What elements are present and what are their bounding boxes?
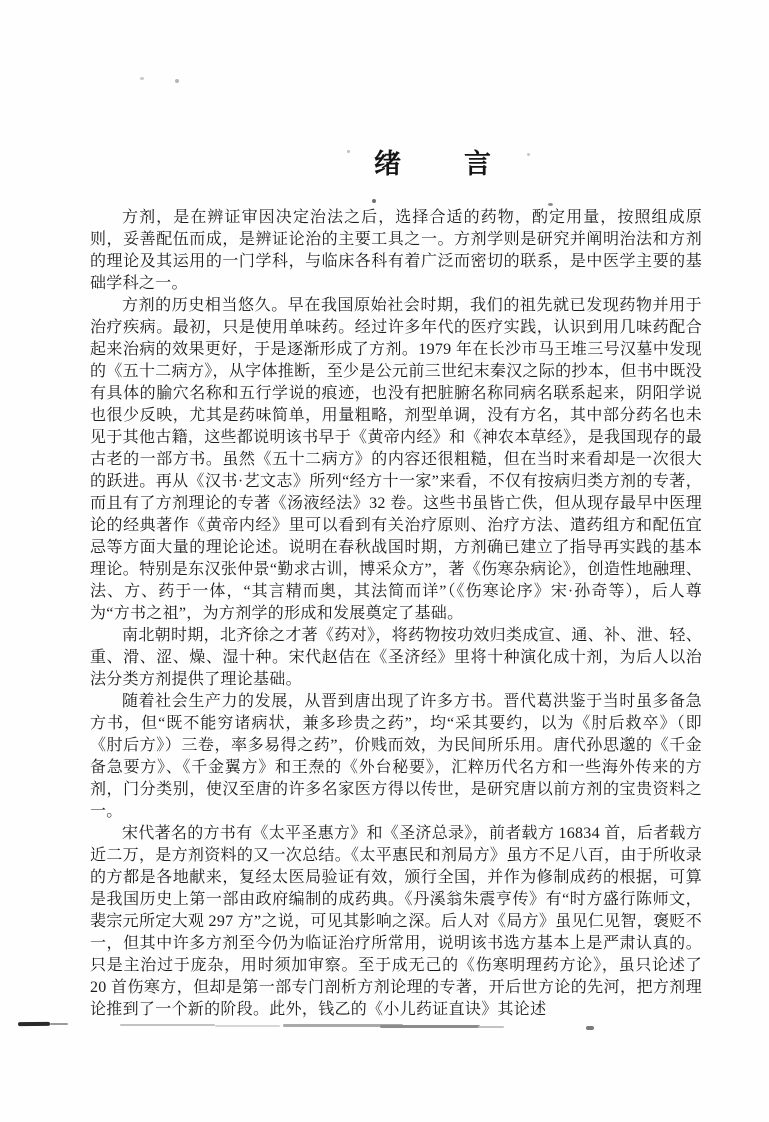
scan-speck	[140, 77, 144, 80]
scan-speck	[372, 199, 376, 203]
scan-smudge-line	[18, 1022, 50, 1026]
paragraph-history: 方剂的历史相当悠久。早在我国原始社会时期，我们的祖先就已发现药物并用于治疗疾病。…	[90, 295, 702, 625]
scan-smudge-line	[50, 1023, 68, 1025]
paragraph-song-dynasty: 宋代著名的方书有《太平圣惠方》和《圣济总录》，前者载方 16834 首，后者载方…	[90, 823, 702, 1021]
scan-speck	[527, 153, 530, 156]
scan-smudge-line	[586, 1026, 594, 1030]
scan-smudge-line	[478, 1026, 504, 1028]
page-title: 绪言	[374, 149, 491, 179]
scan-smudge-line	[120, 1024, 215, 1026]
body-text-block: 方剂，是在辨证审因决定治法之后，选择合适的药物，酌定用量，按照组成原则，妥善配伍…	[90, 207, 702, 1021]
paragraph-intro: 方剂，是在辨证审因决定治法之后，选择合适的药物，酌定用量，按照组成原则，妥善配伍…	[90, 207, 702, 295]
paragraph-jin-tang-dynasties: 随着社会生产力的发展，从晋到唐出现了许多方书。晋代葛洪鉴于当时虽多备急方书，但“…	[90, 691, 702, 823]
title-char-xu: 绪	[374, 149, 401, 179]
paragraph-northern-southern-dynasties: 南北朝时期，北齐徐之才著《药对》，将药物按功效归类成宣、通、补、泄、轻、重、滑、…	[90, 625, 702, 691]
scan-speck	[175, 79, 179, 83]
scanned-book-page: 绪言 方剂，是在辨证审因决定治法之后，选择合适的药物，酌定用量，按照组成原则，妥…	[0, 0, 769, 1122]
scan-smudge-line	[215, 1025, 280, 1027]
scan-smudge-line	[380, 1025, 480, 1028]
title-char-yan: 言	[464, 149, 491, 179]
scan-speck	[548, 203, 553, 206]
scan-speck	[347, 150, 350, 153]
scan-speck	[279, 999, 281, 1004]
